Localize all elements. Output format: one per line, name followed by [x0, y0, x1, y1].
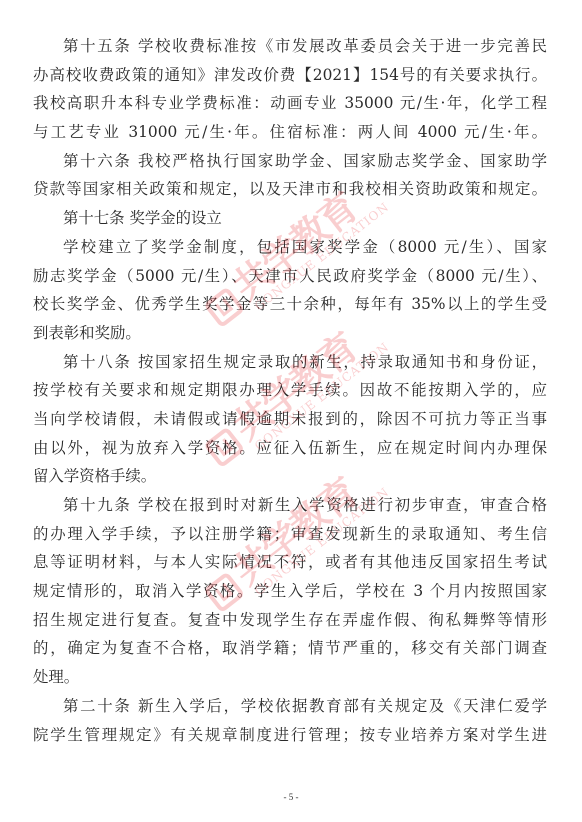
page-number: - 5 -: [0, 792, 582, 802]
text-line: 由以外，视为放弃入学资格。应征入伍新生，应在规定时间内办理保: [33, 434, 547, 463]
text-line: 留入学资格手续。: [33, 462, 547, 491]
text-line: 我校高职升本科专业学费标准：动画专业 35000 元/生·年，化学工程: [33, 89, 547, 118]
text-line: 按学校有关要求和规定期限办理入学手续。因故不能按期入学的，应: [33, 376, 547, 405]
text-line: 规定情形的，取消入学资格。学生入学后，学校在 3 个月内按照国家: [33, 577, 547, 606]
text-line: 第十六条 我校严格执行国家助学金、国家励志奖学金、国家助学: [33, 147, 547, 176]
text-line: 处理。: [33, 663, 547, 692]
text-line: 第十九条 学校在报到时对新生入学资格进行初步审查，审查合格: [33, 491, 547, 520]
text-line: 办高校收费政策的通知》津发改价费【2021】154号的有关要求执行。: [33, 61, 547, 90]
text-line: 到表彰和奖励。: [33, 319, 547, 348]
text-line: 当向学校请假，未请假或请假逾期未报到的，除因不可抗力等正当事: [33, 405, 547, 434]
document-body: 第十五条 学校收费标准按《市发展改革委员会关于进一步完善民 办高校收费政策的通知…: [33, 32, 547, 749]
text-line: 第二十条 新生入学后，学校依据教育部有关规定及《天津仁爱学: [33, 692, 547, 721]
text-line: 励志奖学金（5000 元/生）、天津市人民政府奖学金（8000 元/生）、: [33, 262, 547, 291]
text-line: 与工艺专业 31000 元/生·年。住宿标准：两人间 4000 元/生·年。: [33, 118, 547, 147]
text-line: 招生规定进行复查。复查中发现学生存在弄虚作假、徇私舞弊等情形: [33, 606, 547, 635]
text-line: 第十五条 学校收费标准按《市发展改革委员会关于进一步完善民: [33, 32, 547, 61]
section-heading: 第十七条 奖学金的设立: [33, 204, 547, 233]
text-line: 贷款等国家相关政策和规定，以及天津市和我校相关资助政策和规定。: [33, 175, 547, 204]
text-line: 院学生管理规定》有关规章制度进行管理；按专业培养方案对学生进: [33, 721, 547, 750]
text-line: 息等证明材料，与本人实际情况不符，或者有其他违反国家招生考试: [33, 548, 547, 577]
text-line: 学校建立了奖学金制度，包括国家奖学金（8000 元/生）、国家: [33, 233, 547, 262]
text-line: 的办理入学手续，予以注册学籍；审查发现新生的录取通知、考生信: [33, 520, 547, 549]
text-line: 第十八条 按国家招生规定录取的新生，持录取通知书和身份证，: [33, 348, 547, 377]
text-line: 校长奖学金、优秀学生奖学金等三十余种，每年有 35%以上的学生受: [33, 290, 547, 319]
document-page: 第十五条 学校收费标准按《市发展改革委员会关于进一步完善民 办高校收费政策的通知…: [0, 0, 582, 822]
text-line: 的，确定为复查不合格，取消学籍；情节严重的，移交有关部门调查: [33, 634, 547, 663]
